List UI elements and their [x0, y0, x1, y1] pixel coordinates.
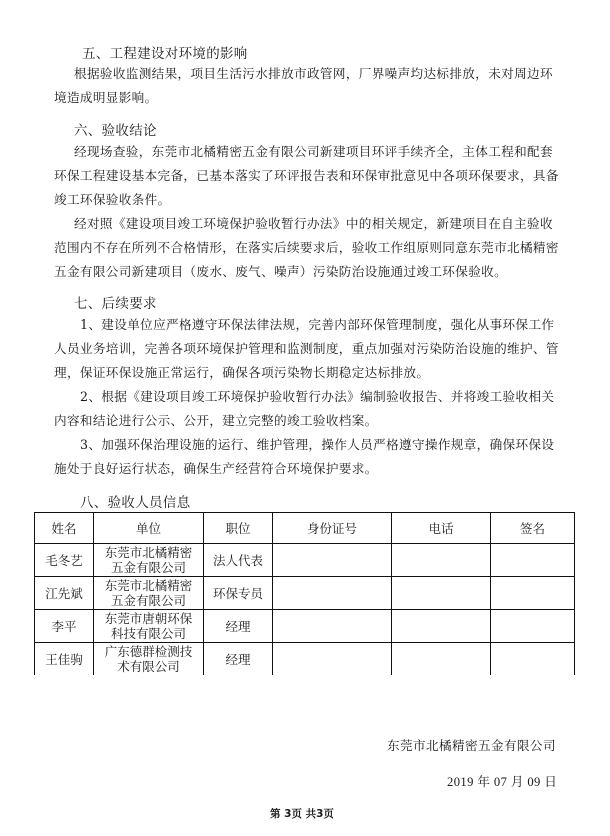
- section-6-heading: 六、验收结论: [74, 119, 157, 139]
- section-7-item-3-line-1: 3、加强环保治理设施的运行、维护管理，操作人员严格遵守操作规章，确保环保设: [80, 437, 554, 453]
- header-signature: 签名: [491, 513, 575, 544]
- section-7-item-1-line-2: 人员业务培训，完善各项环境保护管理和监测制度，重点加强对污染防治设施的维护、管: [54, 341, 559, 357]
- unit-line-2: 术有限公司: [94, 659, 203, 674]
- unit-line-1: 东莞市北橘精密: [94, 578, 203, 593]
- cell-name: 毛冬艺: [35, 544, 94, 577]
- cell-phone[interactable]: [392, 544, 491, 577]
- cell-name: 王佳驹: [35, 643, 94, 676]
- section-5-heading: 五、工程建设对环境的影响: [82, 42, 248, 62]
- cell-id-number[interactable]: [273, 610, 392, 643]
- signature-company: 东莞市北橘精密五金有限公司: [387, 735, 556, 754]
- header-name: 姓名: [35, 513, 94, 544]
- cell-unit: 广东德群检测技术有限公司: [94, 643, 204, 676]
- acceptance-staff-table: 姓名 单位 职位 身份证号 电话 签名 毛冬艺 东莞市北橘精密五金有限公司 法人…: [34, 512, 575, 675]
- cell-phone[interactable]: [392, 643, 491, 676]
- cell-signature[interactable]: [491, 544, 575, 577]
- section-5-text-line-1: 根据验收监测结果，项目生活污水排放市政管网，厂界噪声均达标排放，未对周边环: [74, 66, 553, 82]
- cell-position: 环保专员: [204, 577, 273, 610]
- cell-phone[interactable]: [392, 577, 491, 610]
- cell-unit: 东莞市北橘精密五金有限公司: [94, 577, 204, 610]
- header-id-number: 身份证号: [273, 513, 392, 544]
- cell-position: 经理: [204, 643, 273, 676]
- table-header-row: 姓名 单位 职位 身份证号 电话 签名: [35, 513, 575, 544]
- unit-line-1: 东莞市唐朝环保: [94, 611, 203, 626]
- cell-id-number[interactable]: [273, 544, 392, 577]
- cell-name: 江先斌: [35, 577, 94, 610]
- section-7-item-2-line-2: 内容和结论进行公示、公开，建立完整的竣工验收档案。: [54, 413, 378, 429]
- unit-line-2: 五金有限公司: [94, 560, 203, 575]
- header-unit: 单位: [94, 513, 204, 544]
- unit-line-1: 广东德群检测技: [94, 644, 203, 659]
- cell-position: 法人代表: [204, 544, 273, 577]
- section-7-item-2-line-1: 2、根据《建设项目竣工环境保护验收暂行办法》编制验收报告、并将竣工验收相关: [80, 389, 554, 405]
- header-phone: 电话: [392, 513, 491, 544]
- unit-line-1: 东莞市北橘精密: [94, 545, 203, 560]
- page-number: 第 3页 共3页: [270, 806, 334, 821]
- section-6-p2-line-1: 经对照《建设项目竣工环境保护验收暂行办法》中的相关规定，新建项目在自主验收: [74, 216, 553, 232]
- cell-unit: 东莞市北橘精密五金有限公司: [94, 544, 204, 577]
- unit-line-2: 科技有限公司: [94, 626, 203, 641]
- unit-line-2: 五金有限公司: [94, 593, 203, 608]
- cell-name: 李平: [35, 610, 94, 643]
- section-6-p2-line-3: 五金有限公司新建项目（废水、废气、噪声）污染防治设施通过竣工环保验收。: [54, 264, 507, 280]
- section-6-p1-line-3: 竣工环保验收条件。: [54, 192, 171, 208]
- section-7-heading: 七、后续要求: [74, 292, 157, 312]
- section-6-p1-line-1: 经现场查验，东莞市北橘精密五金有限公司新建项目环评手续齐全，主体工程和配套: [74, 144, 553, 160]
- signature-date: 2019 年 07 月 09 日: [447, 771, 557, 790]
- cell-id-number[interactable]: [273, 643, 392, 676]
- cell-position: 经理: [204, 610, 273, 643]
- table-row: 李平 东莞市唐朝环保科技有限公司 经理: [35, 610, 575, 643]
- cell-signature[interactable]: [491, 610, 575, 643]
- section-6-p1-line-2: 环保工程建设基本完备，已基本落实了环评报告表和环保审批意见中各项环保要求，具备: [54, 168, 559, 184]
- section-7-item-1-line-1: 1、建设单位应严格遵守环保法律法规，完善内部环保管理制度，强化从事环保工作: [80, 317, 554, 333]
- cell-signature[interactable]: [491, 643, 575, 676]
- section-5-text-line-2: 境造成明显影响。: [54, 90, 158, 106]
- cell-unit: 东莞市唐朝环保科技有限公司: [94, 610, 204, 643]
- table-row: 毛冬艺 东莞市北橘精密五金有限公司 法人代表: [35, 544, 575, 577]
- header-position: 职位: [204, 513, 273, 544]
- section-7-item-3-line-2: 施处于良好运行状态，确保生产经营符合环境保护要求。: [54, 461, 378, 477]
- table-row: 江先斌 东莞市北橘精密五金有限公司 环保专员: [35, 577, 575, 610]
- table-row: 王佳驹 广东德群检测技术有限公司 经理: [35, 643, 575, 676]
- cell-id-number[interactable]: [273, 577, 392, 610]
- section-6-p2-line-2: 范围内不存在所列不合格情形，在落实后续要求后，验收工作组原则同意东莞市北橘精密: [54, 240, 559, 256]
- cell-phone[interactable]: [392, 610, 491, 643]
- section-8-heading: 八、验收人员信息: [80, 491, 190, 511]
- cell-signature[interactable]: [491, 577, 575, 610]
- section-7-item-1-line-3: 理，保证环保设施正常运行，确保各项污染物长期稳定达标排放。: [54, 365, 429, 381]
